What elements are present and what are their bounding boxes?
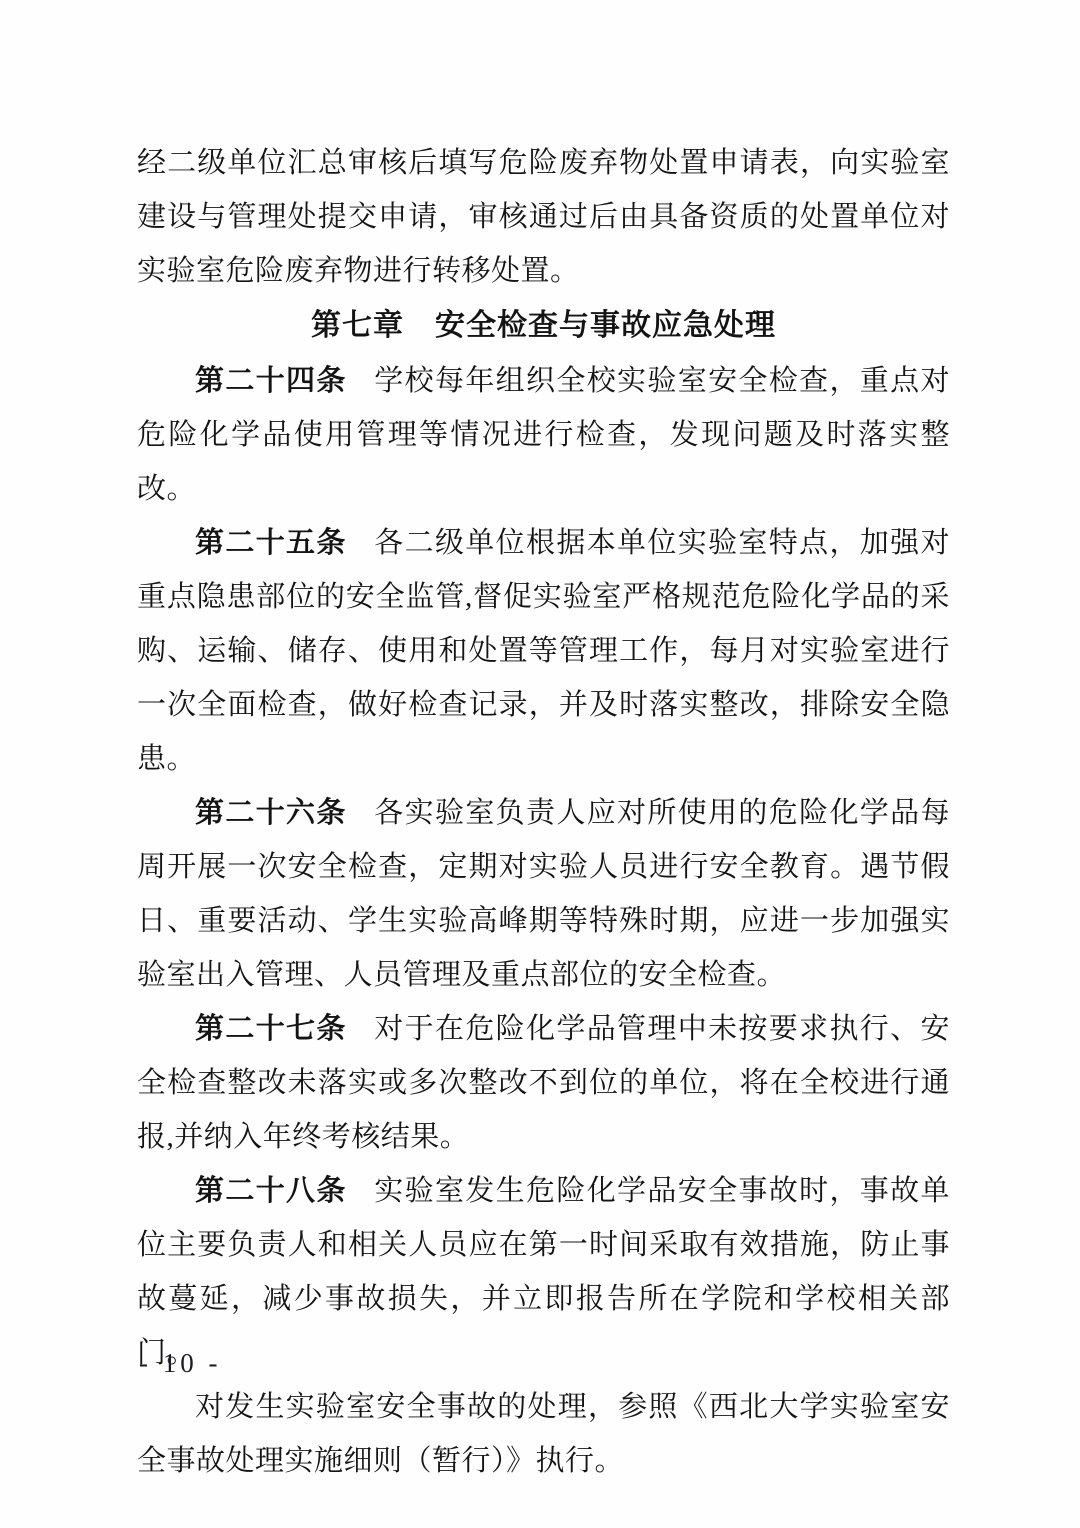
article-24-number: 第二十四条	[195, 365, 347, 397]
document-page: 经二级单位汇总审核后填写危险废弃物处置申请表，向实验室建设与管理处提交申请，审核…	[0, 0, 1080, 1528]
article-27-paragraph: 第二十七条对于在危险化学品管理中未按要求执行、安全检查整改未落实或多次整改不到位…	[137, 1002, 950, 1164]
article-26-paragraph: 第二十六条各实验室负责人应对所使用的危险化学品每周开展一次安全检查，定期对实验人…	[137, 786, 950, 1002]
article-28-number: 第二十八条	[195, 1175, 347, 1207]
page-number: - 10 -	[139, 1348, 221, 1378]
closing-paragraph: 对发生实验室安全事故的处理，参照《西北大学实验室安全事故处理实施细则（暂行）》执…	[137, 1380, 950, 1488]
article-25-number: 第二十五条	[195, 527, 347, 559]
article-28-paragraph: 第二十八条实验室发生危险化学品安全事故时，事故单位主要负责人和相关人员应在第一时…	[137, 1164, 950, 1380]
article-24-paragraph: 第二十四条学校每年组织全校实验室安全检查，重点对危险化学品使用管理等情况进行检查…	[137, 354, 950, 516]
article-25-paragraph: 第二十五条各二级单位根据本单位实验室特点，加强对重点隐患部位的安全监管,督促实验…	[137, 516, 950, 786]
article-26-number: 第二十六条	[195, 797, 347, 829]
chapter-heading: 第七章 安全检查与事故应急处理	[137, 298, 950, 354]
article-27-number: 第二十七条	[195, 1013, 347, 1045]
intro-paragraph: 经二级单位汇总审核后填写危险废弃物处置申请表，向实验室建设与管理处提交申请，审核…	[137, 136, 950, 298]
article-25-text: 各二级单位根据本单位实验室特点，加强对重点隐患部位的安全监管,督促实验室严格规范…	[137, 527, 950, 775]
document-body: 经二级单位汇总审核后填写危险废弃物处置申请表，向实验室建设与管理处提交申请，审核…	[137, 136, 950, 1488]
